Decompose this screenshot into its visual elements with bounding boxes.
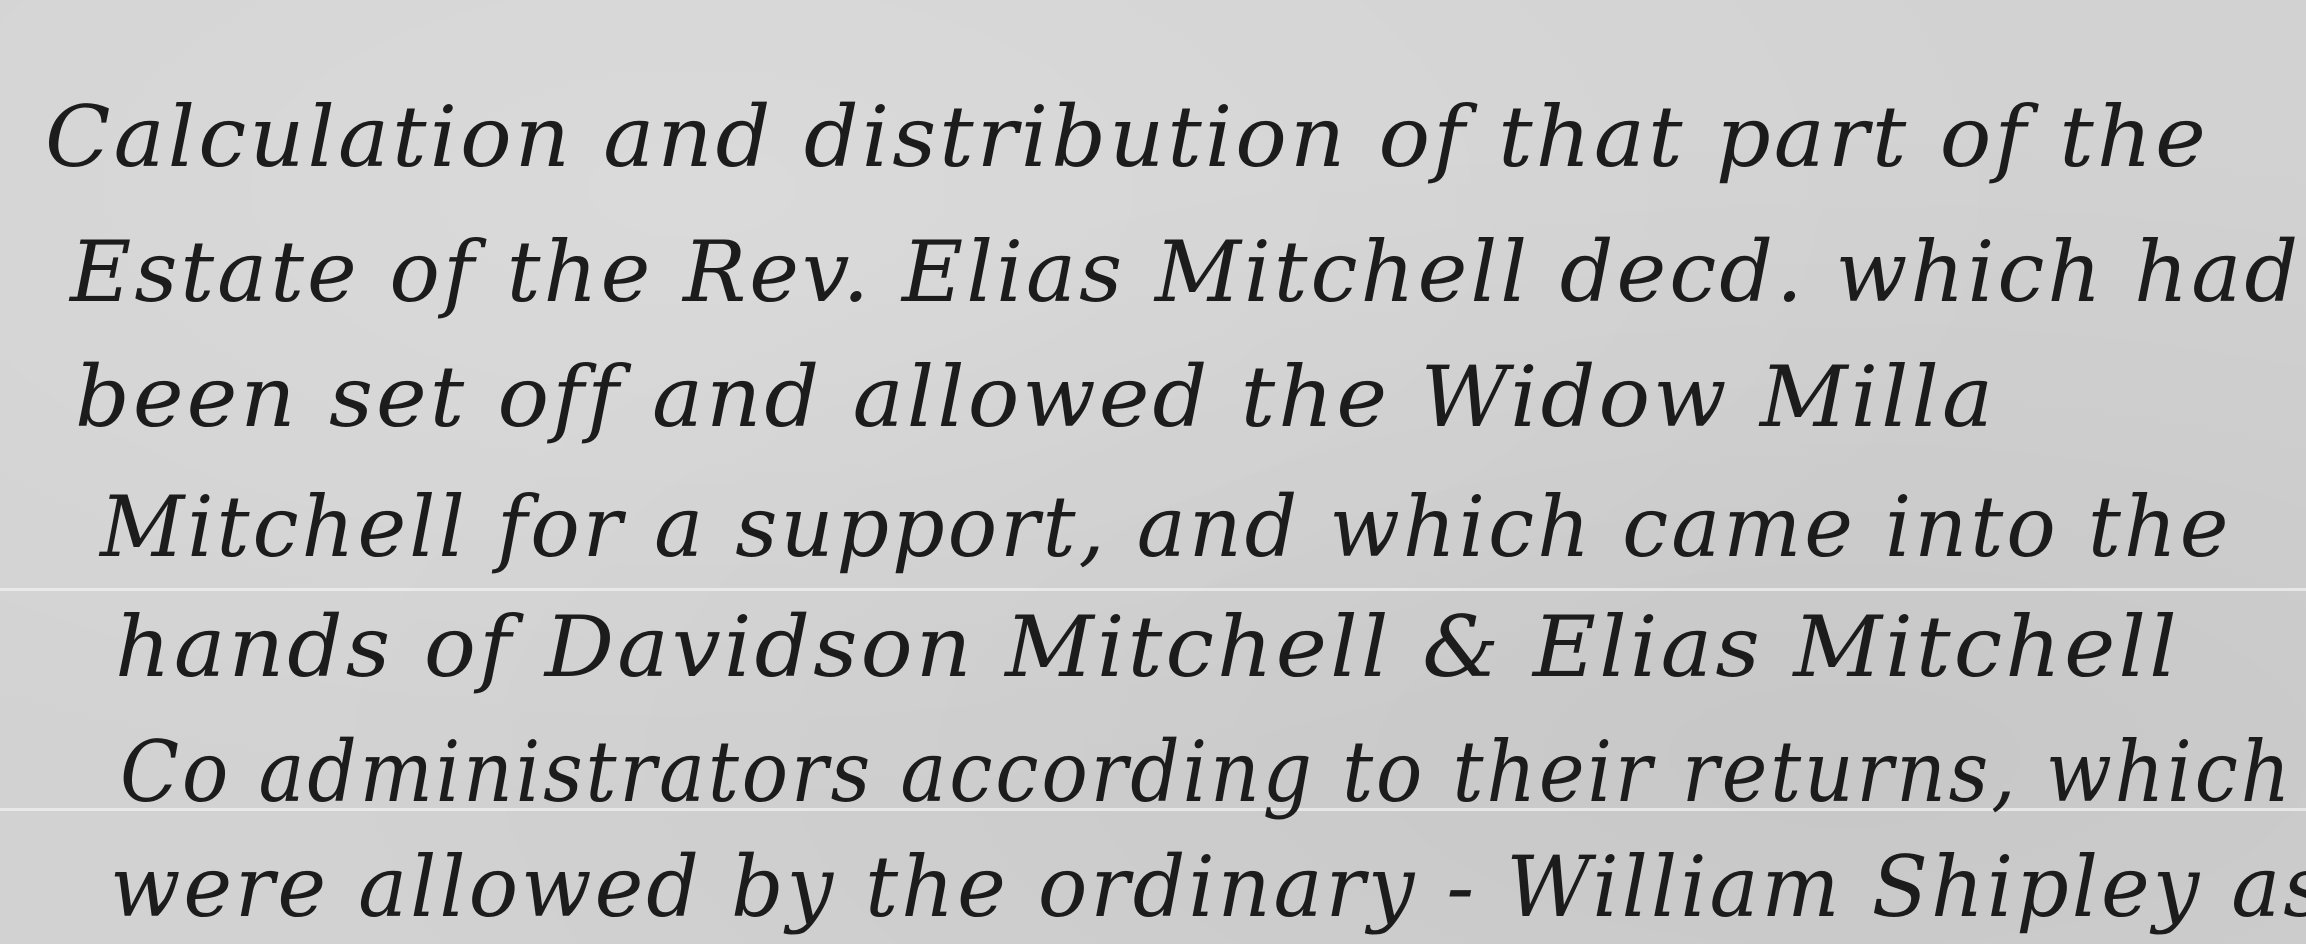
text-line-2: Estate of the Rev. Elias Mitchell decd. … — [70, 230, 2301, 314]
text-line-1: Calculation and distribution of that par… — [45, 95, 2209, 179]
manuscript-page: Calculation and distribution of that par… — [0, 0, 2306, 944]
text-line-3: been set off and allowed the Widow Milla — [75, 355, 1996, 439]
text-line-7: were allowed by the ordinary - William S… — [110, 845, 2306, 929]
text-line-6: Co administrators according to their ret… — [120, 730, 2293, 814]
paper-rule-line — [0, 588, 2306, 591]
text-line-4: Mitchell for a support, and which came i… — [100, 485, 2231, 569]
text-line-5: hands of Davidson Mitchell & Elias Mitch… — [115, 605, 2180, 689]
